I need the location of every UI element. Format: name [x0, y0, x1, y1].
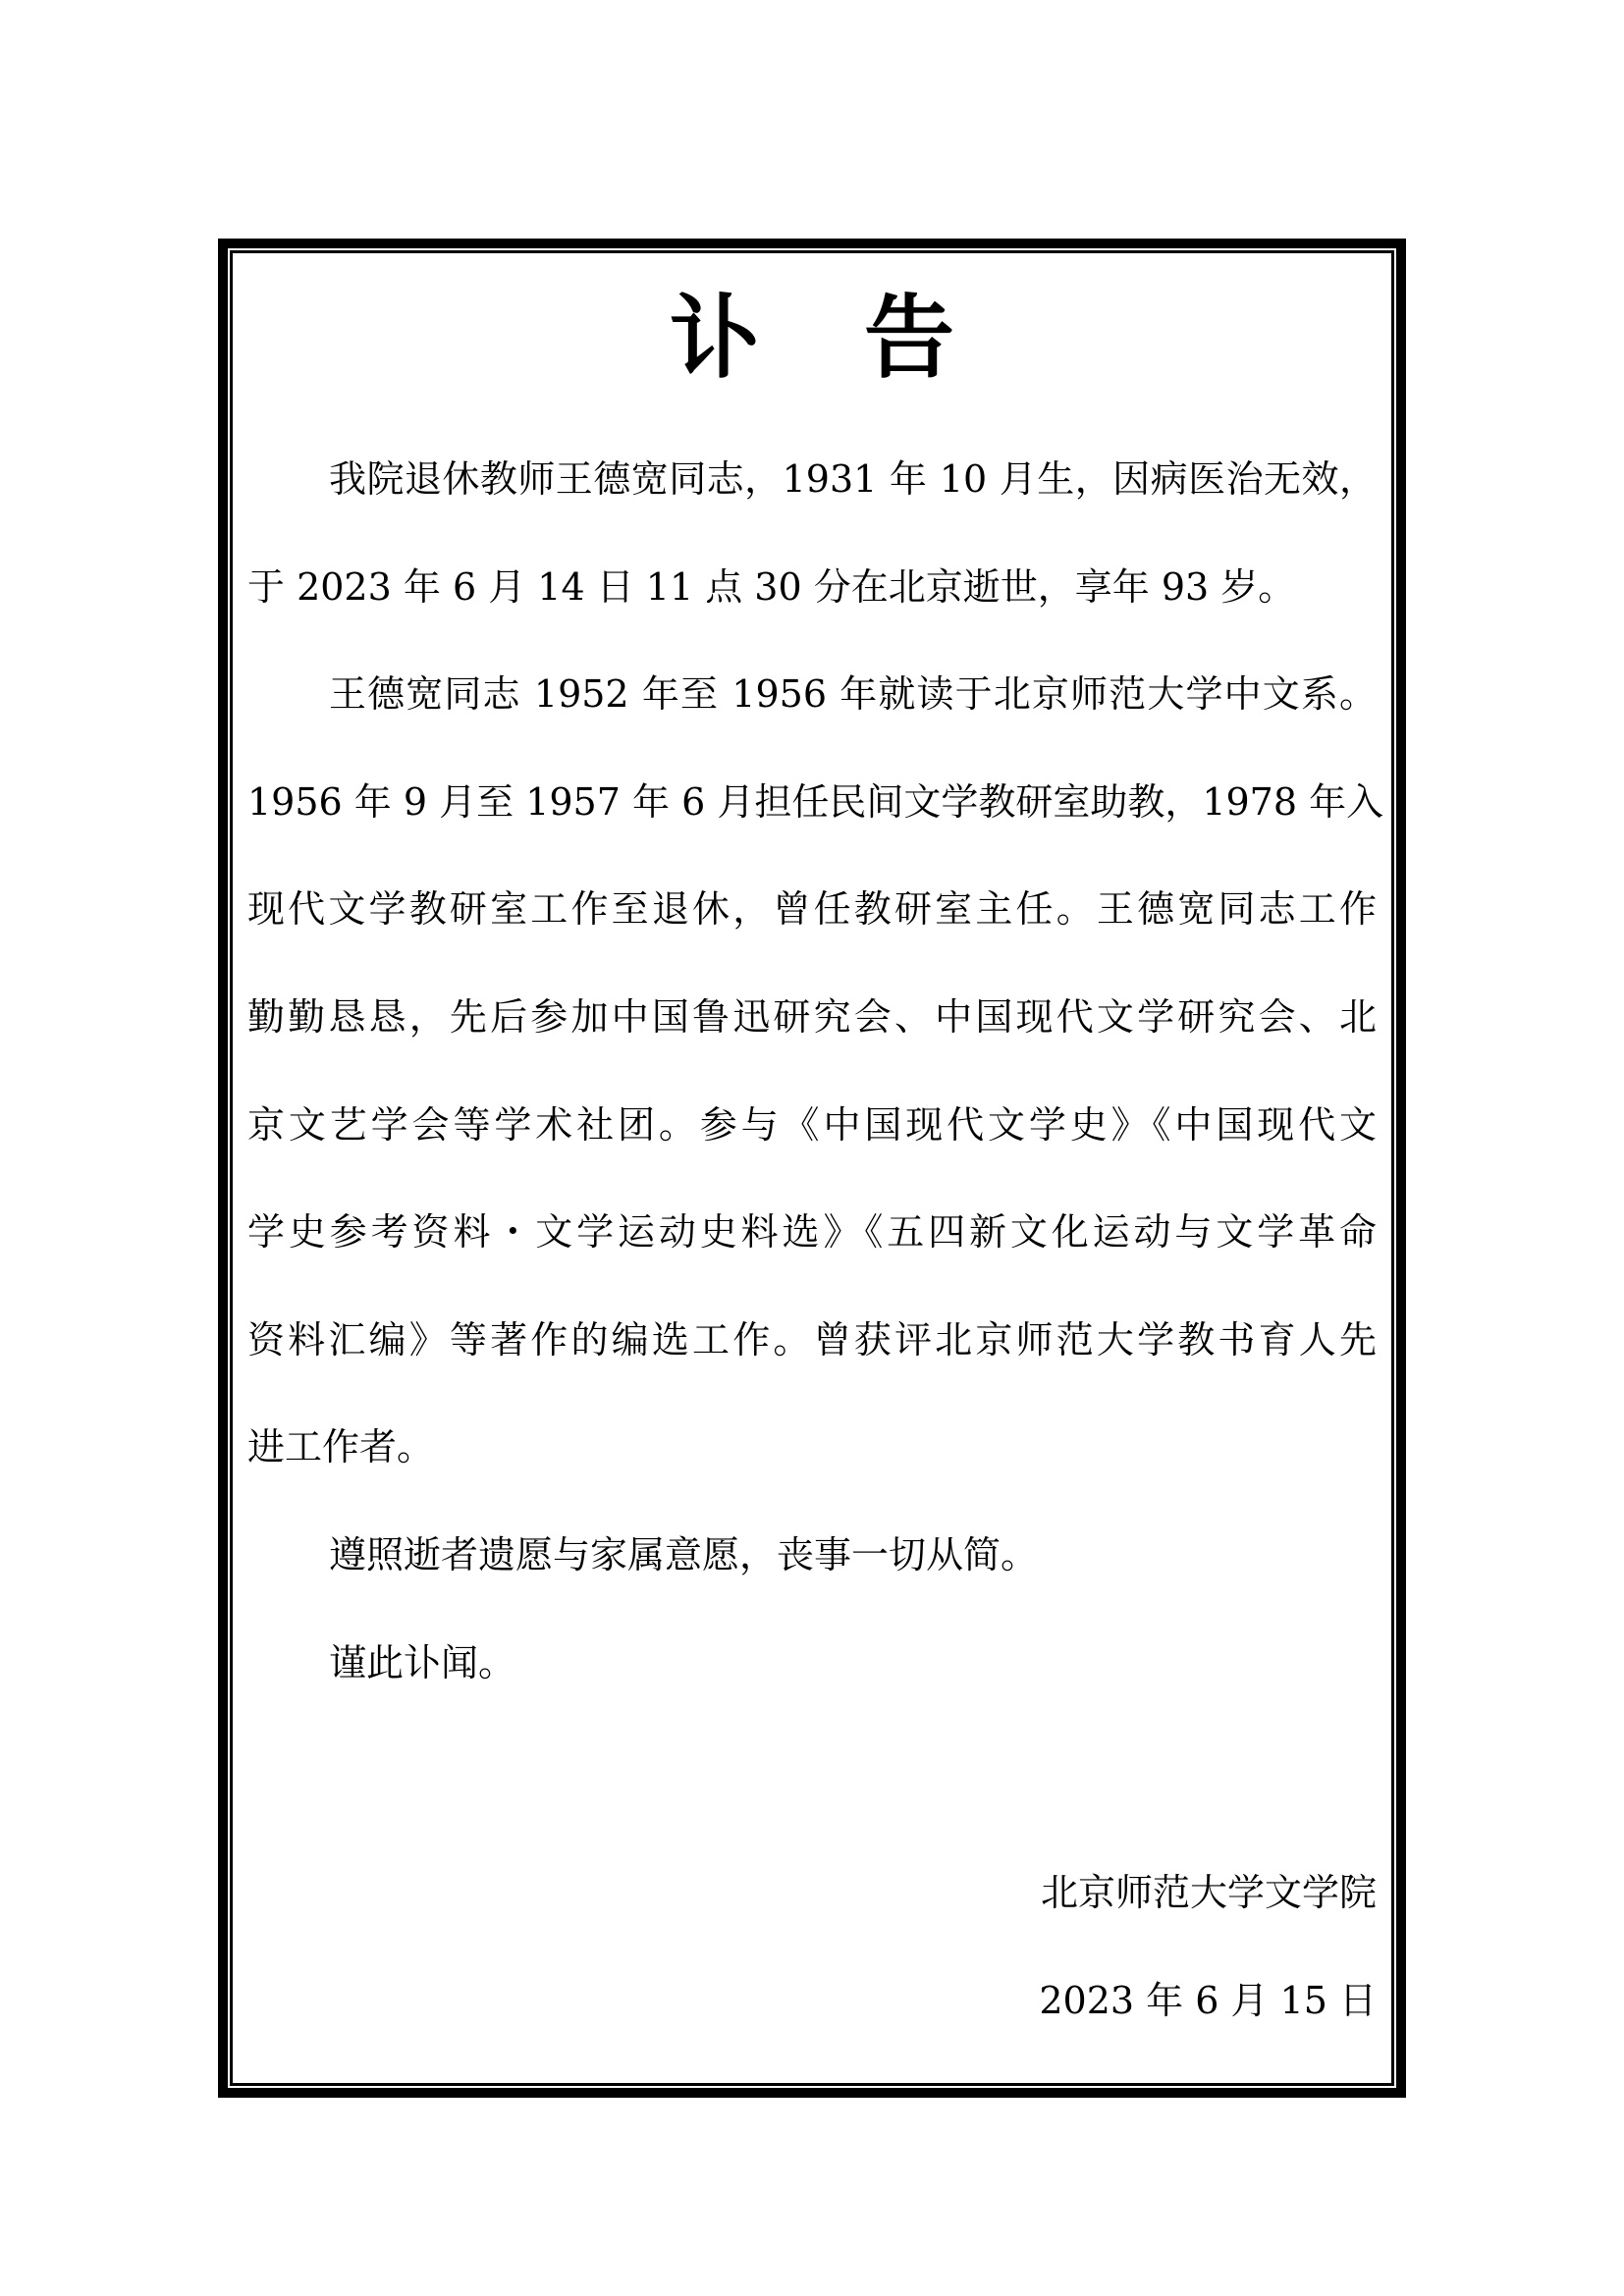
text-line: 资料汇编》等著作的编选工作。曾获评北京师范大学教书育人先: [247, 1287, 1377, 1395]
text-line: 勤勤恳恳，先后参加中国鲁迅研究会、中国现代文学研究会、北: [247, 964, 1377, 1072]
paragraph-funeral-arrangement: 遵照逝者遗愿与家属意愿，丧事一切从简。: [247, 1502, 1377, 1610]
text-line: 谨此讣闻。: [247, 1610, 1377, 1718]
title-char-2: 告: [864, 285, 954, 393]
text-line: 遵照逝者遗愿与家属意愿，丧事一切从简。: [247, 1502, 1377, 1610]
obituary-body: 我院退休教师王德宽同志，1931 年 10 月生，因病医治无效， 于 2023 …: [247, 426, 1377, 1717]
text-line: 王德宽同志 1952 年至 1956 年就读于北京师范大学中文系。: [247, 641, 1377, 749]
text-line: 现代文学教研室工作至退休，曾任教研室主任。王德宽同志工作: [247, 856, 1377, 964]
text-line: 京文艺学会等学术社团。参与《中国现代文学史》《中国现代文: [247, 1072, 1377, 1180]
signature-date: 2023 年 6 月 15 日: [1039, 1948, 1377, 2056]
text-line: 于 2023 年 6 月 14 日 11 点 30 分在北京逝世，享年 93 岁…: [247, 534, 1377, 642]
signature-organization: 北京师范大学文学院: [1039, 1840, 1377, 1948]
paragraph-biography: 王德宽同志 1952 年至 1956 年就读于北京师范大学中文系。 1956 年…: [247, 641, 1377, 1502]
text-line: 1956 年 9 月至 1957 年 6 月担任民间文学教研室助教，1978 年…: [247, 749, 1377, 857]
paragraph-announcement: 我院退休教师王德宽同志，1931 年 10 月生，因病医治无效， 于 2023 …: [247, 426, 1377, 641]
title-char-1: 讣: [670, 285, 760, 393]
text-line: 学史参考资料・文学运动史料选》《五四新文化运动与文学革命: [247, 1179, 1377, 1287]
paragraph-closing: 谨此讣闻。: [247, 1610, 1377, 1718]
text-line: 进工作者。: [247, 1394, 1377, 1502]
text-line: 我院退休教师王德宽同志，1931 年 10 月生，因病医治无效，: [247, 426, 1377, 534]
signature-block: 北京师范大学文学院 2023 年 6 月 15 日: [1039, 1840, 1377, 2055]
page-title: 讣告: [0, 285, 1624, 393]
